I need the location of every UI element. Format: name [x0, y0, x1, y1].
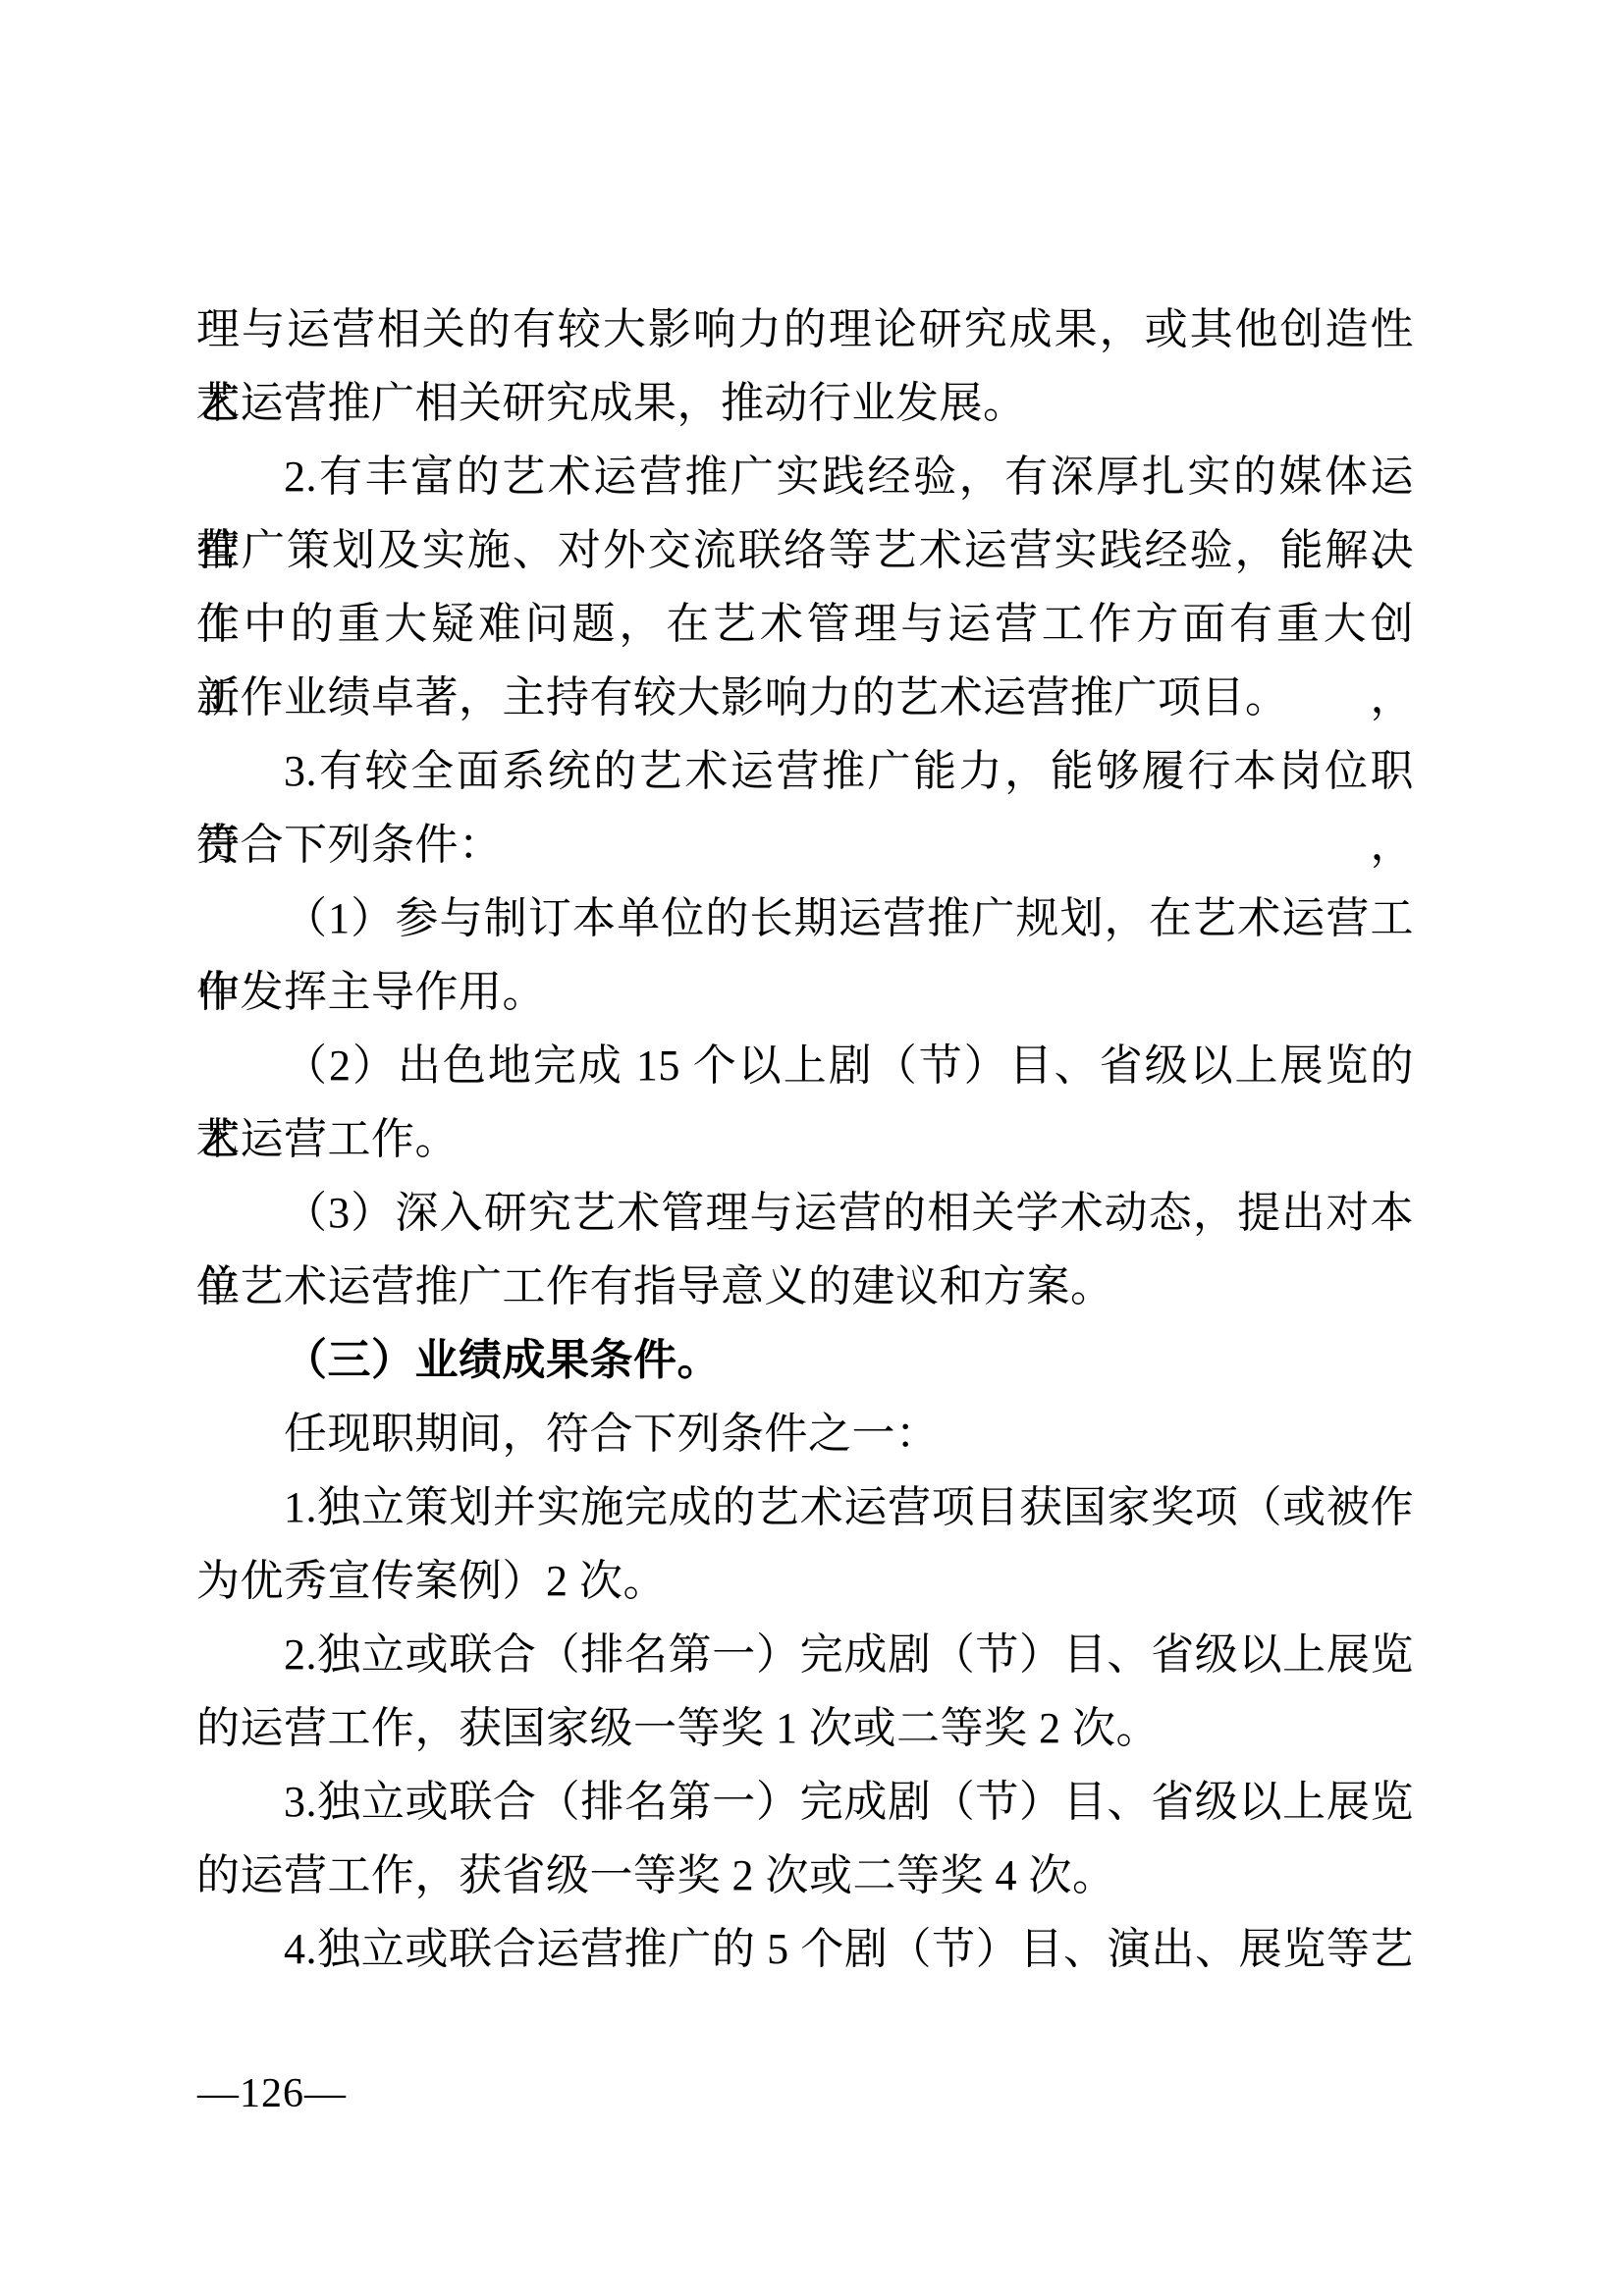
text-line: 推广策划及实施、对外交流联络等艺术运营实践经验，能解决工 — [196, 513, 1414, 587]
text-line: 术运营推广相关研究成果，推动行业发展。 — [196, 366, 1414, 440]
text-block: 理与运营相关的有较大影响力的理论研究成果，或其他创造性艺 术运营推广相关研究成果… — [196, 293, 1414, 1986]
text-line: 中发挥主导作用。 — [196, 955, 1414, 1029]
text-line: （1）参与制订本单位的长期运营推广规划，在艺术运营工作 — [196, 881, 1414, 955]
document-page: 理与运营相关的有较大影响力的理论研究成果，或其他创造性艺 术运营推广相关研究成果… — [0, 0, 1623, 2296]
text-line: （3）深入研究艺术管理与运营的相关学术动态，提出对本单 — [196, 1176, 1414, 1250]
text-line: 任现职期间，符合下列条件之一： — [196, 1397, 1414, 1470]
page-number: —126— — [197, 2069, 347, 2118]
text-line: 工作业绩卓著，主持有较大影响力的艺术运营推广项目。 — [196, 661, 1414, 734]
text-line: 3.有较全面系统的艺术运营推广能力，能够履行本岗位职责， — [196, 734, 1414, 808]
text-line: 理与运营相关的有较大影响力的理论研究成果，或其他创造性艺 — [196, 293, 1414, 366]
text-line: 3.独立或联合（排名第一）完成剧（节）目、省级以上展览 — [196, 1765, 1414, 1839]
text-line: 位艺术运营推广工作有指导意义的建议和方案。 — [196, 1250, 1414, 1323]
text-line: 为优秀宣传案例）2 次。 — [196, 1544, 1414, 1618]
text-line: （2）出色地完成 15 个以上剧（节）目、省级以上展览的艺 — [196, 1029, 1414, 1102]
text-line: 2.有丰富的艺术运营推广实践经验，有深厚扎实的媒体运营、 — [196, 440, 1414, 513]
text-line: 4.独立或联合运营推广的 5 个剧（节）目、演出、展览等艺 — [196, 1912, 1414, 1986]
section-heading: （三）业绩成果条件。 — [196, 1323, 1414, 1397]
text-line: 的运营工作，获国家级一等奖 1 次或二等奖 2 次。 — [196, 1691, 1414, 1765]
text-line: 作中的重大疑难问题，在艺术管理与运营工作方面有重大创新， — [196, 587, 1414, 661]
text-line: 术运营工作。 — [196, 1102, 1414, 1176]
text-line: 的运营工作，获省级一等奖 2 次或二等奖 4 次。 — [196, 1839, 1414, 1912]
text-line: 2.独立或联合（排名第一）完成剧（节）目、省级以上展览 — [196, 1618, 1414, 1691]
text-line: 1.独立策划并实施完成的艺术运营项目获国家奖项（或被作 — [196, 1470, 1414, 1544]
